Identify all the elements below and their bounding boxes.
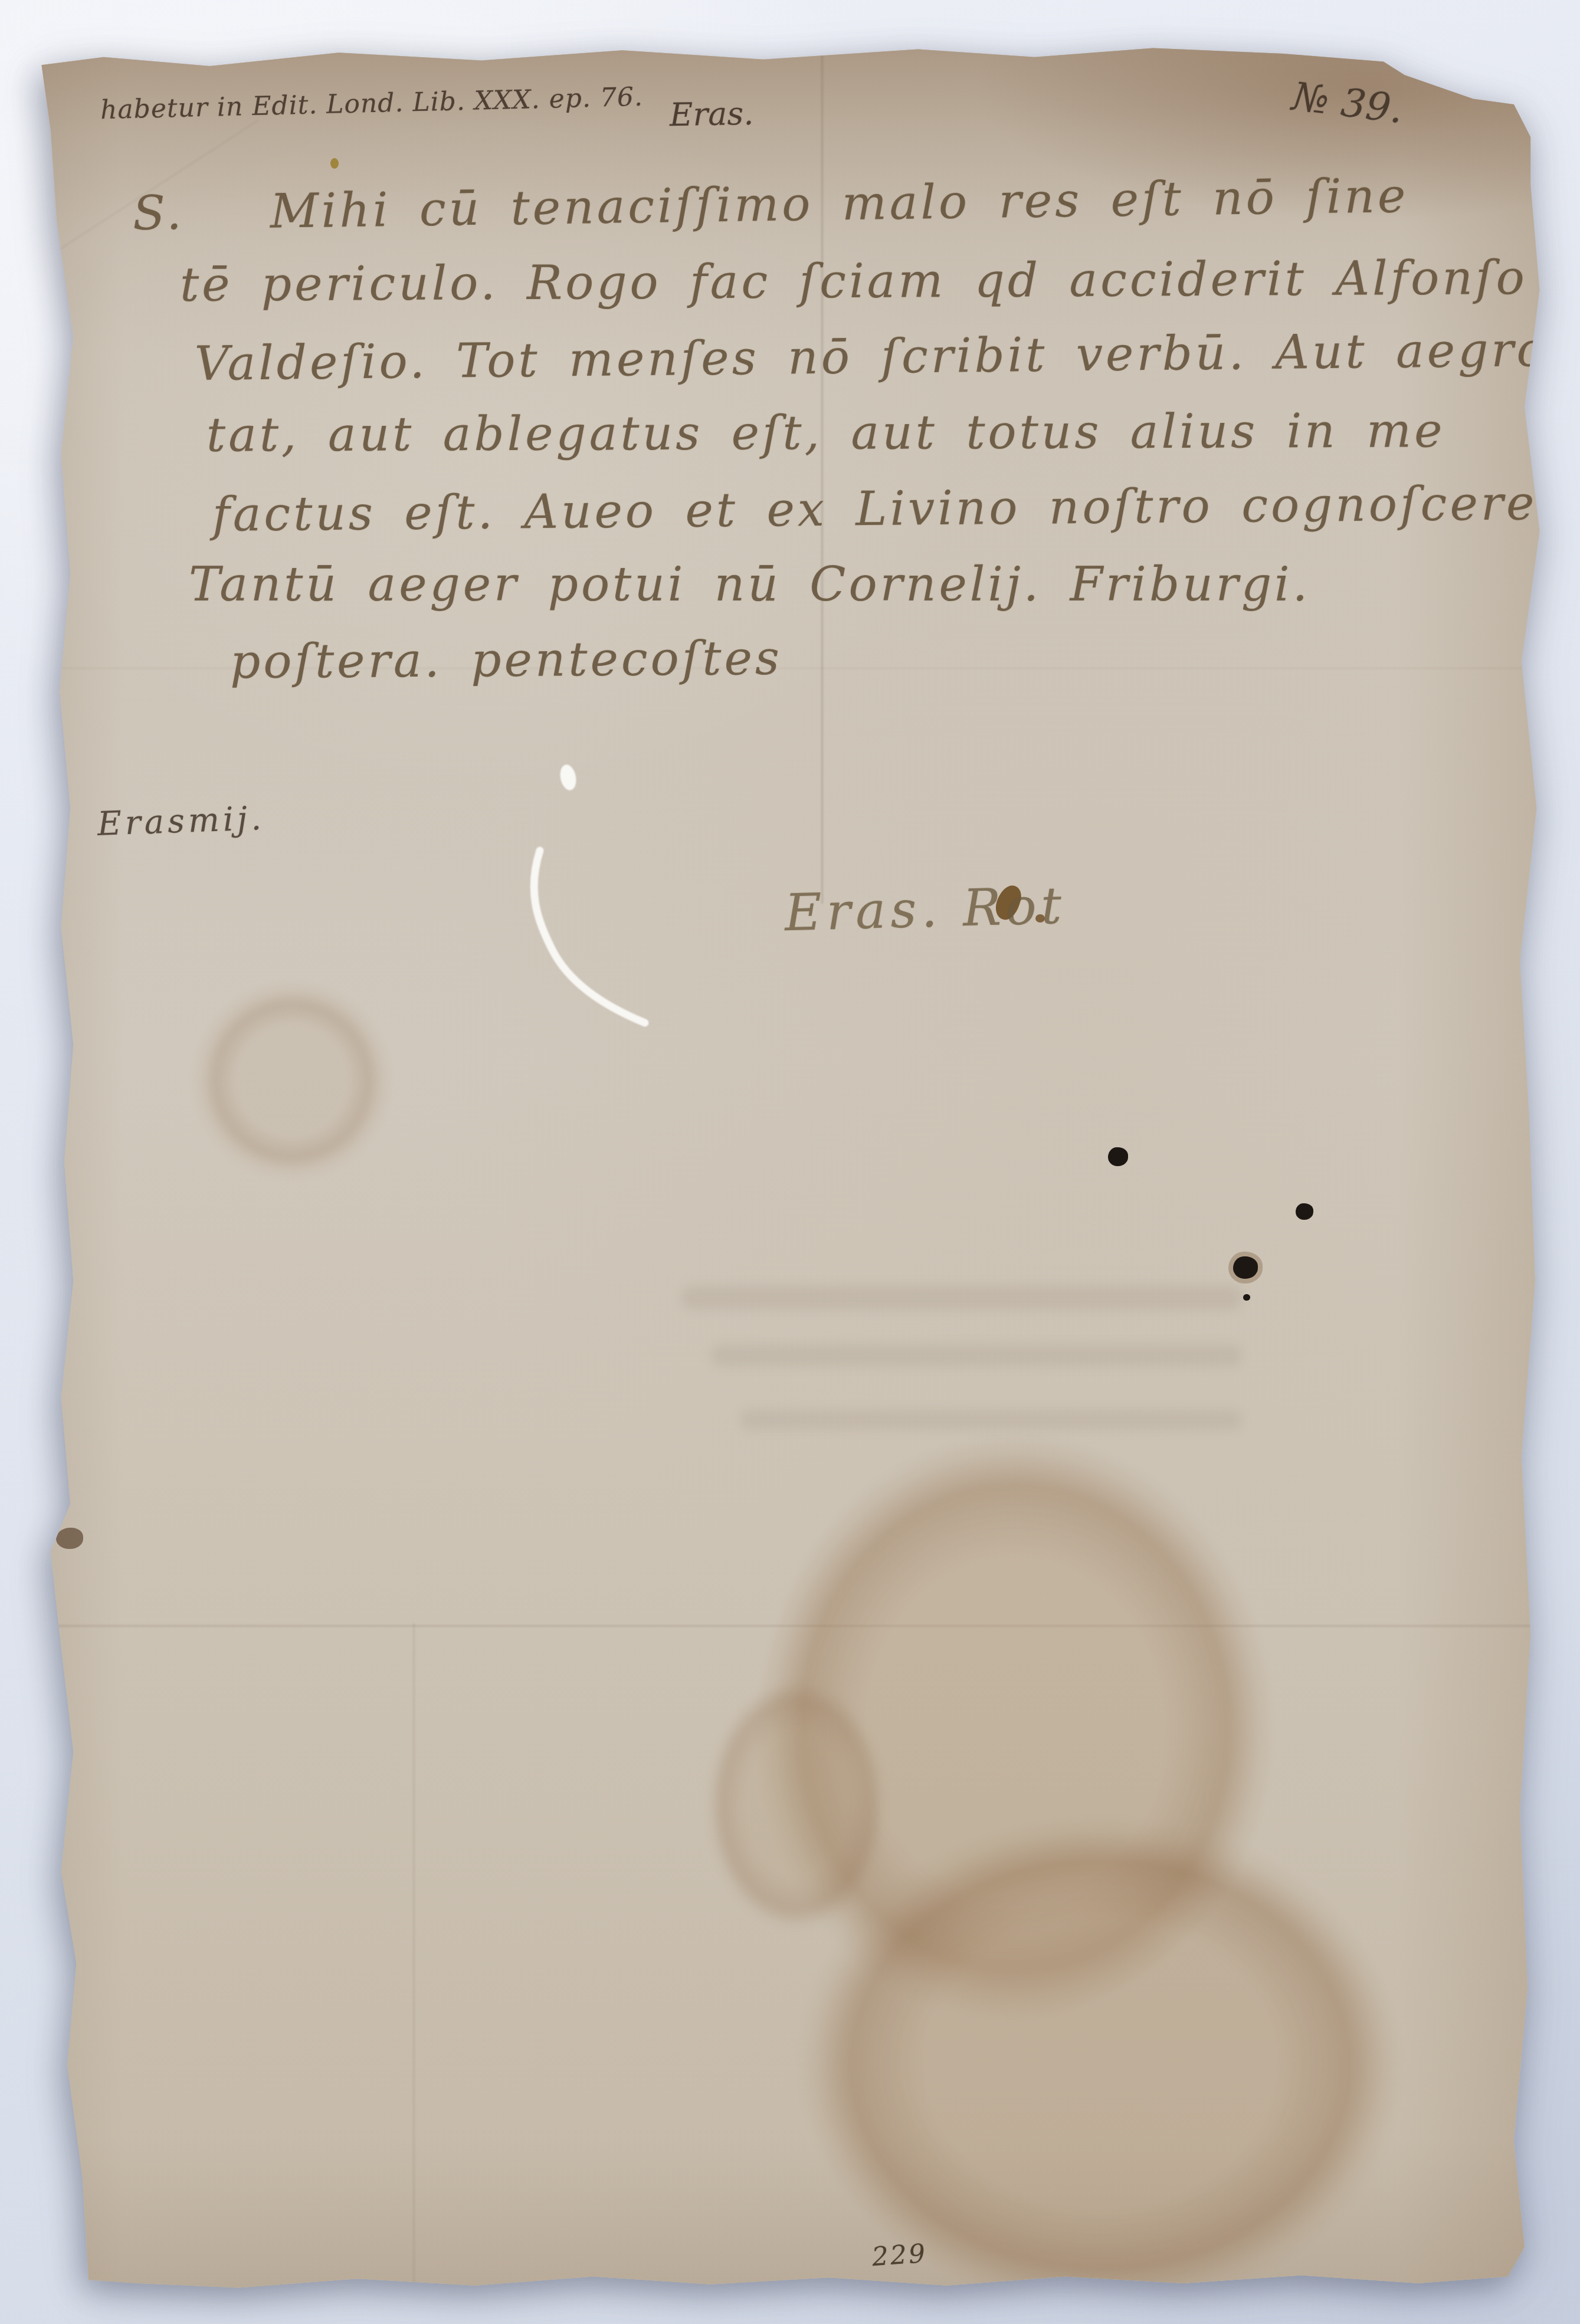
letter-line: S. Mihi cū tenaciſſimo malo res eſt nō ſ… <box>132 168 1408 241</box>
bleed-through <box>740 1410 1242 1430</box>
letter-line: tat, aut ablegatus eſt, aut totus alius … <box>206 403 1445 462</box>
ring-stain <box>192 980 392 1181</box>
attribution-note: Erasmij. <box>97 799 265 843</box>
paper-speck <box>330 158 339 169</box>
signature: Eras. Rot <box>784 877 1067 943</box>
edge-stain <box>32 1486 68 1514</box>
ink-spot <box>1233 1256 1258 1279</box>
bleed-through <box>711 1345 1242 1366</box>
white-paint-mark <box>499 744 693 1051</box>
letter-line: factus eſt. Aueo et ex Livino noſtro cog… <box>212 475 1538 542</box>
author-abbreviation-note: Eras. <box>669 95 753 133</box>
letter-line: Valdeſio. Tot menſes nō ſcribit verbū. A… <box>195 322 1549 391</box>
letter-line: tē periculo. Rogo fac ſciam qd acciderit… <box>180 250 1527 312</box>
water-stain <box>708 1681 885 1929</box>
vertical-fold-crease-lower <box>413 1623 415 2290</box>
horizontal-fold-crease <box>32 1625 1549 1627</box>
letter-line: poſtera. pentecoſtes <box>230 631 783 690</box>
bleed-through <box>681 1286 1242 1309</box>
water-stain <box>755 1433 1274 2023</box>
letter-line: Tantū aeger potui nū Cornelij. Friburgi. <box>189 557 1310 612</box>
edge-stain <box>56 1528 83 1549</box>
collection-number-label: № 39. <box>1290 74 1405 132</box>
manuscript-letter: habetur in Edit. Lond. Lib. XXX. ep. 76.… <box>32 42 1549 2295</box>
water-stain <box>796 1817 1404 2312</box>
edge-mark <box>48 2179 76 2202</box>
ink-spot <box>1108 1147 1128 1166</box>
folio-number: 229 <box>871 2238 927 2272</box>
edge-stain <box>37 1967 53 1980</box>
ink-speck <box>1243 1294 1250 1301</box>
provenance-note: habetur in Edit. Lond. Lib. XXX. ep. 76. <box>100 82 644 125</box>
ink-spot <box>1296 1203 1313 1220</box>
manuscript-paper: habetur in Edit. Lond. Lib. XXX. ep. 76.… <box>32 42 1549 2295</box>
